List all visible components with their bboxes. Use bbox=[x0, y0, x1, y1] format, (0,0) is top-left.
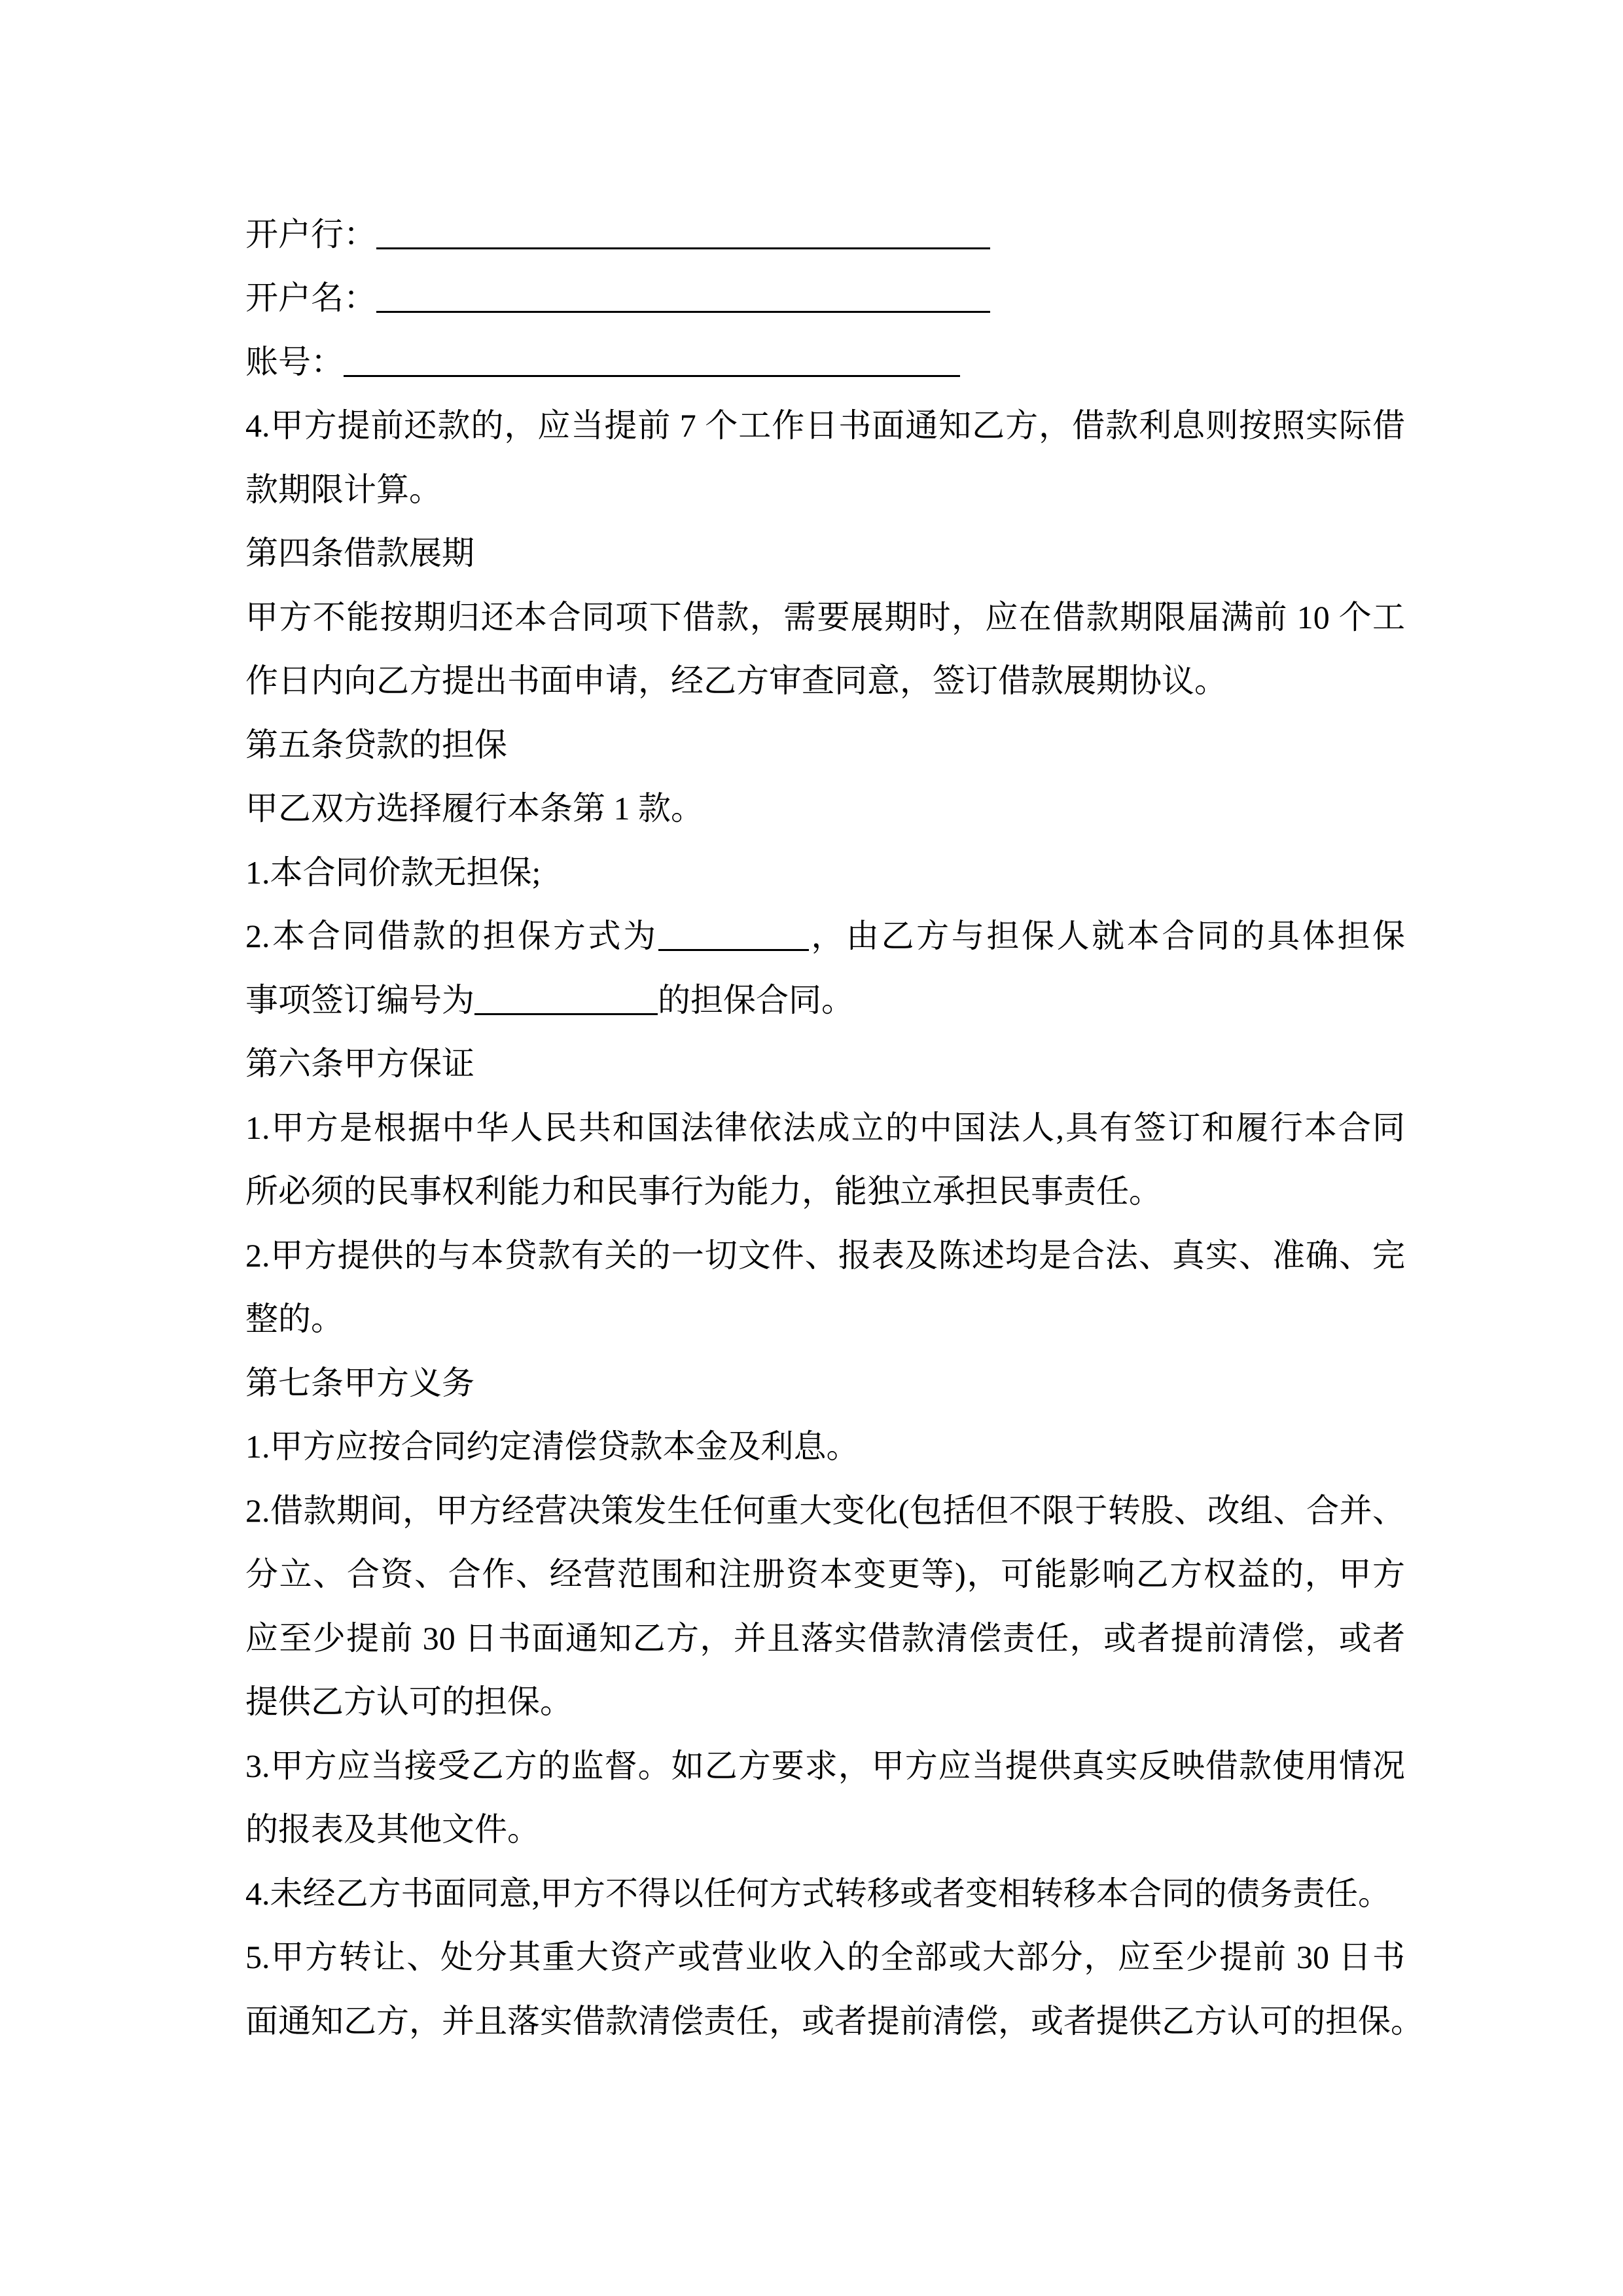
text-segment: 面通知乙方，并且落实借款清偿责任，或者提前清偿，或者提供乙方认可的担保。 bbox=[245, 2003, 1423, 2039]
text-segment: 2.借款期间，甲方经营决策发生任何重大变化(包括但不限于转股、改组、合并、 bbox=[245, 1492, 1405, 1529]
text-segment: 账号： bbox=[245, 344, 344, 380]
line-body: 甲方不能按期归还本合同项下借款，需要展期时，应在借款期限届满前 10 个工 bbox=[245, 598, 1405, 636]
line-body: 4.未经乙方书面同意,甲方不得以任何方式转移或者变相转移本合同的债务责任。 bbox=[245, 1874, 1405, 1912]
text-segment: 作日内向乙方提出书面申请，经乙方审查同意，签订借款展期协议。 bbox=[245, 662, 1227, 699]
text-segment: 应至少提前 30 日书面通知乙方，并且落实借款清偿责任，或者提前清偿，或者 bbox=[245, 1620, 1405, 1657]
fill-in-blank-underline bbox=[344, 350, 960, 377]
line-body: 整的。 bbox=[245, 1300, 1405, 1338]
line-body: 2.甲方提供的与本贷款有关的一切文件、报表及陈述均是合法、真实、准确、完 bbox=[245, 1236, 1405, 1274]
text-segment: ，由乙方与担保人就本合同的具体担保 bbox=[809, 918, 1405, 954]
line-field: 开户名： bbox=[245, 279, 1405, 317]
line-body: 面通知乙方，并且落实借款清偿责任，或者提前清偿，或者提供乙方认可的担保。 bbox=[245, 2002, 1405, 2040]
text-segment: 2.本合同借款的担保方式为 bbox=[245, 918, 658, 954]
text-segment: 第七条甲方义务 bbox=[245, 1365, 474, 1401]
text-segment: 1.甲方是根据中华人民共和国法律依法成立的中国法人,具有签订和履行本合同 bbox=[245, 1109, 1405, 1146]
line-heading: 第七条甲方义务 bbox=[245, 1364, 1405, 1402]
line-body: 1.甲方应按合同约定清偿贷款本金及利息。 bbox=[245, 1427, 1405, 1465]
line-body: 事项签订编号为的担保合同。 bbox=[245, 981, 1405, 1019]
text-segment: 的担保合同。 bbox=[658, 982, 854, 1018]
line-body: 2.借款期间，甲方经营决策发生任何重大变化(包括但不限于转股、改组、合并、 bbox=[245, 1492, 1405, 1530]
text-segment: 甲乙双方选择履行本条第 1 款。 bbox=[245, 790, 704, 827]
line-body: 的报表及其他文件。 bbox=[245, 1810, 1405, 1848]
text-segment: 1.本合同价款无担保; bbox=[245, 854, 541, 891]
line-body: 应至少提前 30 日书面通知乙方，并且落实借款清偿责任，或者提前清偿，或者 bbox=[245, 1619, 1405, 1657]
text-segment: 的报表及其他文件。 bbox=[245, 1811, 540, 1848]
line-body: 5.甲方转让、处分其重大资产或营业收入的全部或大部分，应至少提前 30 日书 bbox=[245, 1938, 1405, 1976]
line-body: 甲乙双方选择履行本条第 1 款。 bbox=[245, 789, 1405, 827]
text-segment: 开户名： bbox=[245, 279, 376, 316]
line-body: 作日内向乙方提出书面申请，经乙方审查同意，签订借款展期协议。 bbox=[245, 662, 1405, 700]
line-body: 3.甲方应当接受乙方的监督。如乙方要求，甲方应当提供真实反映借款使用情况 bbox=[245, 1747, 1405, 1785]
text-segment: 1.甲方应按合同约定清偿贷款本金及利息。 bbox=[245, 1428, 859, 1465]
text-segment: 甲方不能按期归还本合同项下借款，需要展期时，应在借款期限届满前 10 个工 bbox=[245, 599, 1405, 636]
text-segment: 提供乙方认可的担保。 bbox=[245, 1683, 573, 1720]
line-heading: 第五条贷款的担保 bbox=[245, 726, 1405, 764]
line-body: 4.甲方提前还款的，应当提前 7 个工作日书面通知乙方，借款利息则按照实际借 bbox=[245, 406, 1405, 444]
text-segment: 第四条借款展期 bbox=[245, 535, 474, 571]
line-body: 分立、合资、合作、经营范围和注册资本变更等)，可能影响乙方权益的，甲方 bbox=[245, 1555, 1405, 1593]
fill-in-blank-underline bbox=[474, 988, 658, 1015]
text-segment: 所必须的民事权利能力和民事行为能力，能独立承担民事责任。 bbox=[245, 1173, 1162, 1210]
line-body: 提供乙方认可的担保。 bbox=[245, 1683, 1405, 1721]
text-segment: 4.未经乙方书面同意,甲方不得以任何方式转移或者变相转移本合同的债务责任。 bbox=[245, 1875, 1391, 1912]
line-field: 账号： bbox=[245, 343, 1405, 381]
fill-in-blank-underline bbox=[658, 924, 809, 951]
line-heading: 第六条甲方保证 bbox=[245, 1045, 1405, 1083]
text-segment: 3.甲方应当接受乙方的监督。如乙方要求，甲方应当提供真实反映借款使用情况 bbox=[245, 1748, 1405, 1784]
text-segment: 开户行： bbox=[245, 216, 376, 253]
text-segment: 整的。 bbox=[245, 1300, 344, 1337]
line-body: 款期限计算。 bbox=[245, 471, 1405, 509]
line-body: 1.本合同价款无担保; bbox=[245, 853, 1405, 891]
line-field: 开户行： bbox=[245, 215, 1405, 253]
line-body: 2.本合同借款的担保方式为，由乙方与担保人就本合同的具体担保 bbox=[245, 917, 1405, 955]
line-body: 所必须的民事权利能力和民事行为能力，能独立承担民事责任。 bbox=[245, 1172, 1405, 1210]
text-segment: 2.甲方提供的与本贷款有关的一切文件、报表及陈述均是合法、真实、准确、完 bbox=[245, 1237, 1405, 1274]
fill-in-blank-underline bbox=[376, 286, 990, 313]
line-heading: 第四条借款展期 bbox=[245, 534, 1405, 572]
contract-page: 开户行：开户名：账号：4.甲方提前还款的，应当提前 7 个工作日书面通知乙方，借… bbox=[0, 0, 1623, 2296]
text-segment: 4.甲方提前还款的，应当提前 7 个工作日书面通知乙方，借款利息则按照实际借 bbox=[245, 407, 1405, 444]
text-segment: 款期限计算。 bbox=[245, 471, 442, 508]
fill-in-blank-underline bbox=[376, 223, 990, 249]
text-segment: 5.甲方转让、处分其重大资产或营业收入的全部或大部分，应至少提前 30 日书 bbox=[245, 1939, 1405, 1975]
line-body: 1.甲方是根据中华人民共和国法律依法成立的中国法人,具有签订和履行本合同 bbox=[245, 1109, 1405, 1147]
text-segment: 第六条甲方保证 bbox=[245, 1045, 474, 1082]
text-segment: 分立、合资、合作、经营范围和注册资本变更等)，可能影响乙方权益的，甲方 bbox=[245, 1556, 1405, 1592]
text-segment: 第五条贷款的担保 bbox=[245, 726, 507, 763]
text-segment: 事项签订编号为 bbox=[245, 982, 474, 1018]
